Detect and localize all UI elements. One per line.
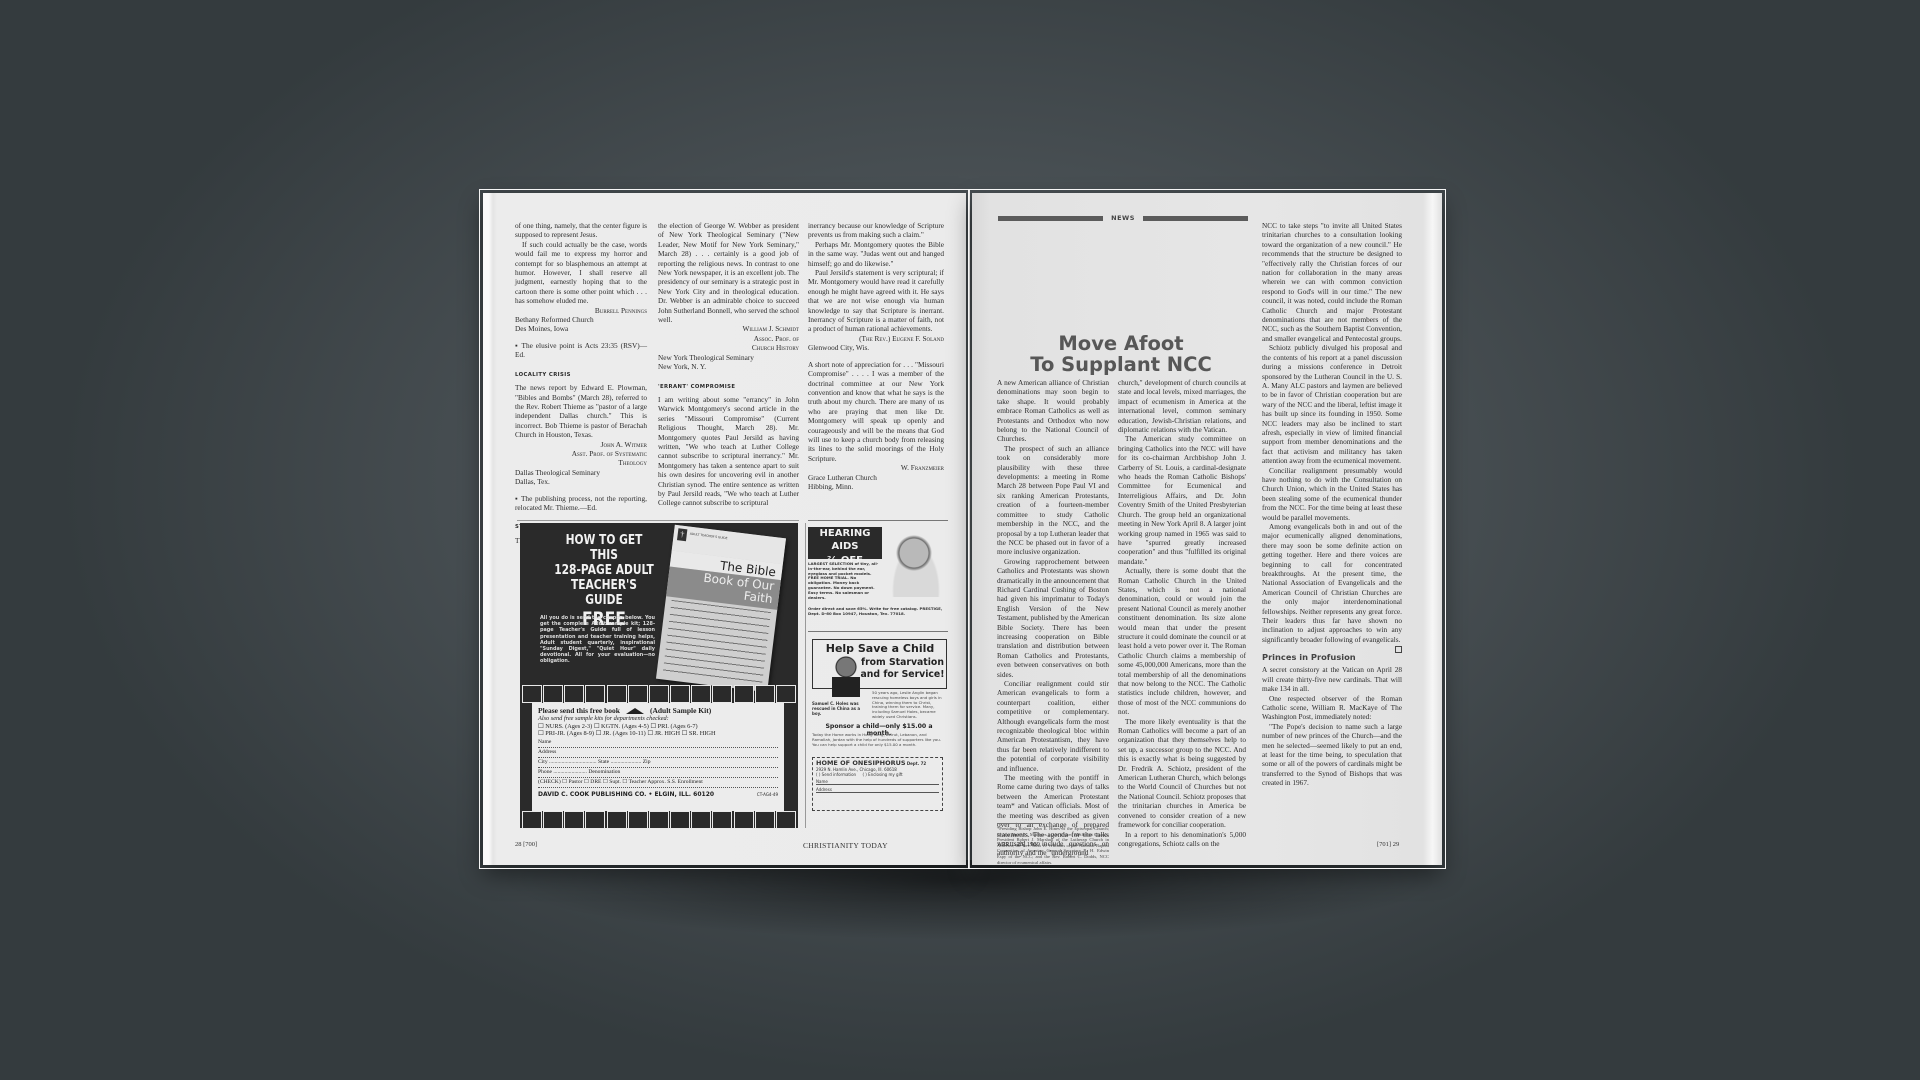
letter-address: Des Moines, Iowa [515,324,647,333]
letter-text: the election of George W. Webber as pres… [658,221,799,324]
role-checkboxes: (CHECK) ☐ Pastor ☐ DRE ☐ Supt. ☐ Teacher… [538,779,778,788]
border-squares [520,685,798,703]
letter-text: A short note of appreciation for . . . "… [808,360,944,463]
column-rule [517,520,799,521]
photo-caption: Samuel C. Holes was rescued in China as … [812,701,862,716]
letter-text: Perhaps Mr. Montgomery quotes the Bible … [808,240,944,268]
section-banner: NEWS [998,215,1248,221]
name-field: Name [538,739,778,748]
issue-date: APRIL 25, 1969 [997,841,1040,848]
letter-text: I am writing about some "errancy" in Joh… [658,395,799,508]
page-number: 28 [700] [515,841,537,848]
letter-text: of one thing, namely, that the center fi… [515,221,647,240]
letter-address: New York Theological Seminary [658,353,799,362]
page-number: [701] 29 [1377,841,1399,848]
letter-text: The news report by Edward E. Plowman, "B… [515,383,647,439]
article-subheading: Princes in Profusion [1262,652,1402,663]
article-text: Conciliar realignment could stir America… [997,679,1109,773]
city-field: City .................................. … [538,759,778,768]
article-column-3: NCC to take steps "to invite all United … [1262,221,1402,788]
ad-story: 50 years ago, Leslie Anglin began rescui… [872,691,946,720]
address-field: Address [538,749,778,758]
department-checkboxes: ☐ PRI-JR. (Ages 8-9) ☐ JR. (Ages 10-11) … [538,730,778,738]
hearing-aids-ad: HEARING AIDS ⅔ OFF DEALER PRICES LARGEST… [808,527,948,625]
letter-address: Glenwood City, Wis. [808,343,944,352]
article-column-2: church," development of church councils … [1118,378,1246,848]
department-checkboxes: ☐ NURS. (Ages 2-3) ☐ KGTN. (Ages 4-5) ☐ … [538,723,778,731]
article-text: NCC to take steps "to invite all United … [1262,221,1402,343]
ad-divider [805,523,806,828]
letter-address: Hibbing, Minn. [808,482,944,491]
letters-column-3: inerrancy because our knowledge of Scrip… [808,221,944,491]
ad-body: Today the Home works in Hong Kong, Beiru… [812,733,946,747]
name-field: Name [816,779,939,785]
phone-field: Phone ........................ Denominat… [538,769,778,778]
section-label: NEWS [1111,214,1135,222]
article-text: "The Pope's decision to name such a larg… [1262,722,1402,788]
letter-signature-title: Church History [658,343,799,352]
article-headline: Move Afoot To Supplant NCC [992,333,1250,375]
order-coupon: Please send this free book(Adult Sample … [532,703,784,811]
letter-text: inerrancy because our knowledge of Scrip… [808,221,944,240]
article-text: Conciliar realignment presumably would h… [1262,466,1402,522]
letter-signature-title: Asst. Prof. of Systematic [515,449,647,458]
article-text: Actually, there is some doubt that the R… [1118,566,1246,717]
letter-heading: 'ERRANT' COMPROMISE [658,383,799,392]
article-column-1: A new American alliance of Christian den… [997,378,1109,858]
sponsor-coupon: HOME OF ONESIPHORUS Dept. 72 2929 N. Ham… [812,757,943,811]
article-text: A new American alliance of Christian den… [997,378,1109,444]
letter-signature: William J. Schmidt [658,324,799,333]
letter-heading: LOCALITY CRISIS [515,371,647,380]
letter-signature-title: Theology [515,458,647,467]
letter-address: Dallas Theological Seminary [515,468,647,477]
article-text: In a report to his denomination's 5,000 … [1118,830,1246,849]
woman-photo [884,529,946,597]
running-head: CHRISTIANITY TODAY [803,841,888,850]
letters-column-1: of one thing, namely, that the center fi… [515,221,647,545]
letter-signature: W. Franzmeier [808,463,944,472]
left-page: of one thing, namely, that the center fi… [483,193,966,865]
editor-note: ▪ The elusive point is Acts 23:35 (RSV)—… [515,341,647,360]
letter-signature-title: Assoc. Prof. of [658,334,799,343]
article-text: Among evangelicals both in and out of th… [1262,522,1402,644]
ad-body: LARGEST SELECTION of tiny, all-in-the-ea… [808,562,880,600]
article-text: The American study committee on bringing… [1118,434,1246,566]
border-squares [520,811,798,829]
right-page: NEWS Move Afoot To Supplant NCC A new Am… [972,193,1442,865]
footnote-rule [997,823,1042,824]
ad-footer: Order direct and save 65%. Write for fre… [808,607,948,617]
article-text: The more likely eventuality is that the … [1118,717,1246,830]
letter-address: Dallas, Tex. [515,477,647,486]
end-of-story-icon [1395,646,1402,653]
letter-address: New York, N. Y. [658,362,799,371]
article-text: One respected observer of the Roman Cath… [1262,694,1402,722]
address-field: Address [816,787,939,793]
sponsor-child-ad: Help Save a Child from Starvationand for… [812,639,947,824]
letter-text: If such could actually be the case, word… [515,240,647,306]
boy-portrait-photo [832,655,860,697]
column-rule [808,520,948,521]
article-text: A secret consistory at the Vatican on Ap… [1262,665,1402,693]
article-text: Schiotz publicly divulged his proposal a… [1262,343,1402,465]
article-text: The prospect of such an alliance took on… [997,444,1109,557]
cross-icon: † [677,528,687,541]
ad-divider [808,631,948,632]
letter-address: Grace Lutheran Church [808,473,944,482]
cook-teachers-guide-ad: HOW TO GET THIS 128-PAGE ADULT TEACHER'S… [520,523,798,828]
ad-body: All you do is send the coupon below. You… [540,615,655,665]
article-text: Growing rapprochement between Catholics … [997,557,1109,679]
book-cover-image: † ADULT TEACHER'S GUIDE The Bible Book o… [656,525,786,692]
letter-signature: John A. Witmer [515,440,647,449]
arrow-up-icon [626,708,644,714]
letter-signature: Burrell Pennings [515,306,647,315]
letter-text: Paul Jersild's statement is very scriptu… [808,268,944,334]
letter-address: Bethany Reformed Church [515,315,647,324]
publisher-name: DAVID C. COOK PUBLISHING CO. • ELGIN, IL… [538,791,714,799]
magazine-shadow [500,860,1440,980]
letters-column-2: the election of George W. Webber as pres… [658,221,799,508]
editor-note: ▪ The publishing process, not the report… [515,494,647,513]
letter-signature: (The Rev.) Eugene F. Soland [808,334,944,343]
article-text: church," development of church councils … [1118,378,1246,434]
